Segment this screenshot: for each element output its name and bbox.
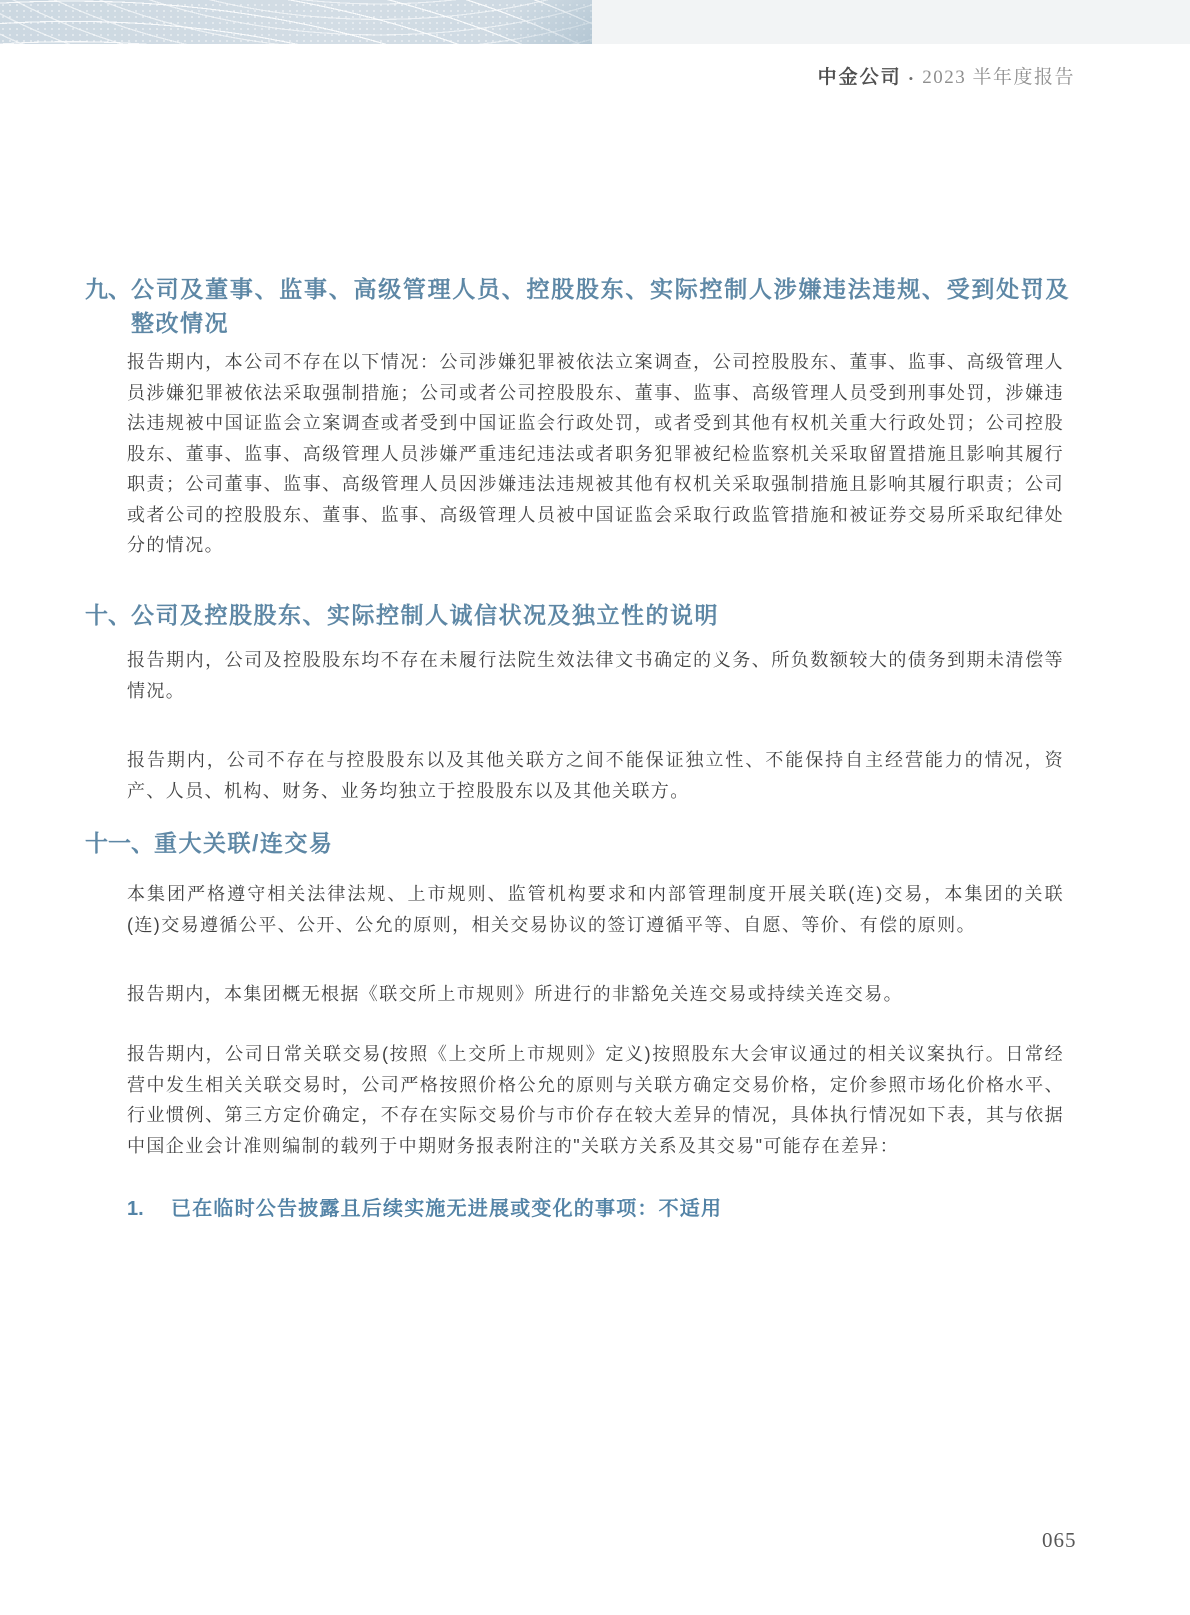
subitem-1-text: 已在临时公告披露且后续实施无进展或变化的事项：不适用 [171, 1194, 722, 1224]
section-9-heading: 九、 公司及董事、监事、高级管理人员、控股股东、实际控制人涉嫌违法违规、受到处罚… [85, 272, 1070, 340]
section-11-number: 十一、 [85, 826, 154, 860]
section-11-paragraph-3: 报告期内，公司日常关联交易(按照《上交所上市规则》定义)按照股东大会审议通过的相… [127, 1039, 1064, 1161]
section-10-paragraph-2: 报告期内，公司不存在与控股股东以及其他关联方之间不能保证独立性、不能保持自主经营… [127, 745, 1064, 806]
company-name: 中金公司 [818, 62, 902, 89]
header-decoration-pattern [0, 0, 592, 44]
running-header: 中金公司 • 2023 半年度报告 [818, 62, 1075, 89]
subitem-1: 1. 已在临时公告披露且后续实施无进展或变化的事项：不适用 [127, 1194, 1064, 1224]
section-9-title-text: 公司及董事、监事、高级管理人员、控股股东、实际控制人涉嫌违法违规、受到处罚及整改… [131, 272, 1070, 340]
page-number: 065 [1042, 1528, 1077, 1553]
section-10-number: 十、 [85, 598, 131, 632]
section-11-paragraph-1: 本集团严格遵守相关法律法规、上市规则、监管机构要求和内部管理制度开展关联(连)交… [127, 879, 1064, 940]
section-10-paragraph-1: 报告期内，公司及控股股东均不存在未履行法院生效法律文书确定的义务、所负数额较大的… [127, 645, 1064, 706]
subitem-1-number: 1. [127, 1194, 171, 1224]
section-11-title-text: 重大关联/连交易 [154, 826, 1070, 860]
header-decoration-band [0, 0, 1190, 44]
section-9-number: 九、 [85, 272, 131, 340]
section-11-paragraph-2: 报告期内，本集团概无根据《联交所上市规则》所进行的非豁免关连交易或持续关连交易。 [127, 979, 1064, 1010]
section-9-paragraph-1: 报告期内，本公司不存在以下情况：公司涉嫌犯罪被依法立案调查，公司控股股东、董事、… [127, 347, 1064, 561]
section-11-heading: 十一、 重大关联/连交易 [85, 826, 1070, 860]
report-title: 2023 半年度报告 [922, 62, 1075, 89]
section-10-title-text: 公司及控股股东、实际控制人诚信状况及独立性的说明 [131, 598, 1070, 632]
separator-dot-icon: • [909, 71, 914, 87]
section-10-heading: 十、 公司及控股股东、实际控制人诚信状况及独立性的说明 [85, 598, 1070, 632]
